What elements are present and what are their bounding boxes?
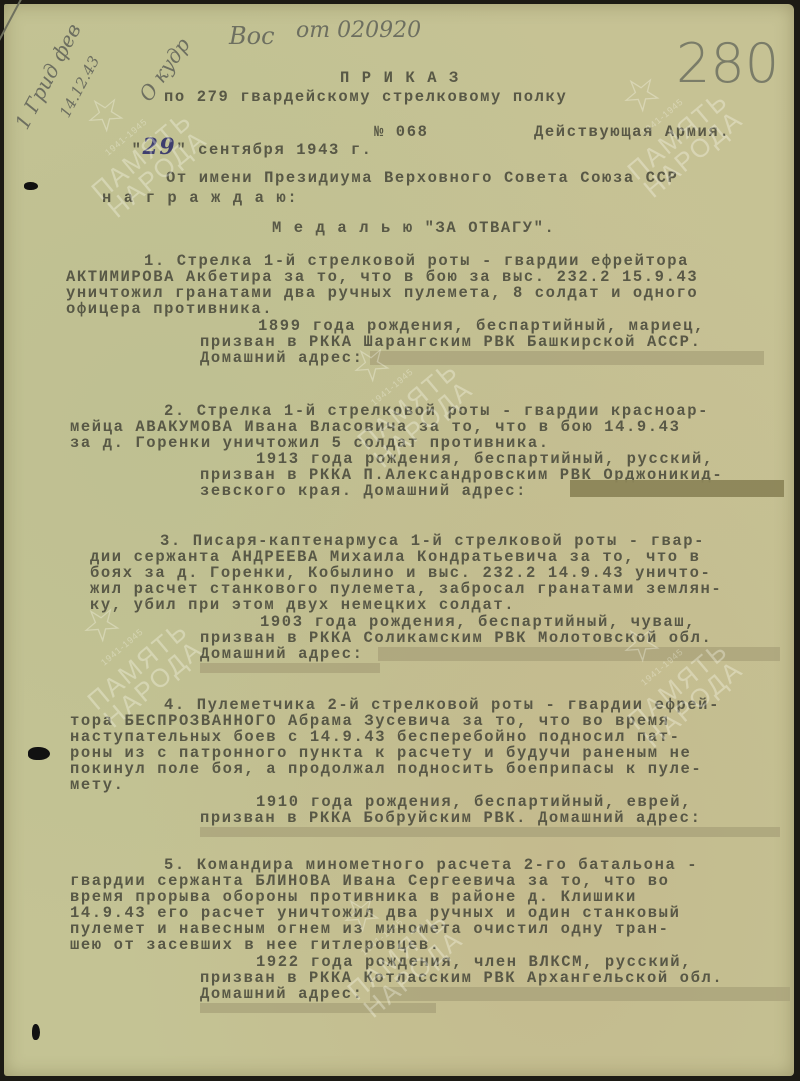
entry-line: офицера противника.: [66, 301, 273, 318]
redacted-address: [570, 480, 784, 497]
bio-line: Домашний адрес:: [200, 646, 364, 663]
bio-line: Домашний адрес:: [200, 350, 364, 367]
redacted-address: [370, 351, 764, 365]
punch-hole: [28, 747, 50, 760]
redacted-address-2: [200, 663, 380, 673]
entry-line: ку, убил при этом двух немецких солдат.: [90, 597, 515, 614]
entry-line: покинул поле боя, а продолжал подносить …: [70, 761, 702, 778]
preamble-line-2: н а г р а ж д а ю:: [102, 190, 298, 207]
award-heading: М е д а л ь ю "ЗА ОТВАГУ".: [272, 220, 555, 237]
redacted-address: [200, 827, 780, 837]
preamble-line-1: От имени Президиума Верховного Совета Со…: [166, 170, 678, 187]
location: Действующая Армия.: [534, 124, 730, 141]
order-number: № 068: [374, 124, 429, 141]
bio-line: Домашний адрес:: [200, 986, 364, 1003]
handwritten-day: 29: [143, 134, 177, 160]
entry-line: шею от засевших в нее гитлеровцев.: [70, 937, 441, 954]
document-title: П Р И К А З: [340, 70, 460, 87]
bio-line: призван в РККА Бобруйским РВК. Домашний …: [200, 810, 701, 827]
redacted-address-2: [200, 1003, 436, 1013]
page-number: 280: [676, 32, 779, 95]
redacted-address: [378, 647, 780, 661]
handwritten-code: Вос: [229, 22, 275, 50]
archive-number: от 020920: [296, 18, 421, 43]
month-year: " сентября 1943 г.: [176, 141, 372, 159]
entry-line: мету.: [70, 777, 125, 794]
document-page: 1 Грид фев 14.12.43 О кудр Вос от 020920…: [4, 4, 794, 1076]
punch-hole: [32, 1024, 40, 1040]
regiment-subtitle: по 279 гвардейскому стрелковому полку: [164, 89, 567, 106]
quote-open: ": [132, 141, 143, 159]
redacted-address: [370, 987, 790, 1001]
bio-line: зевского края. Домашний адрес:: [200, 483, 527, 500]
date-line: "29" сентября 1943 г.: [88, 122, 373, 176]
punch-hole: [24, 182, 38, 190]
